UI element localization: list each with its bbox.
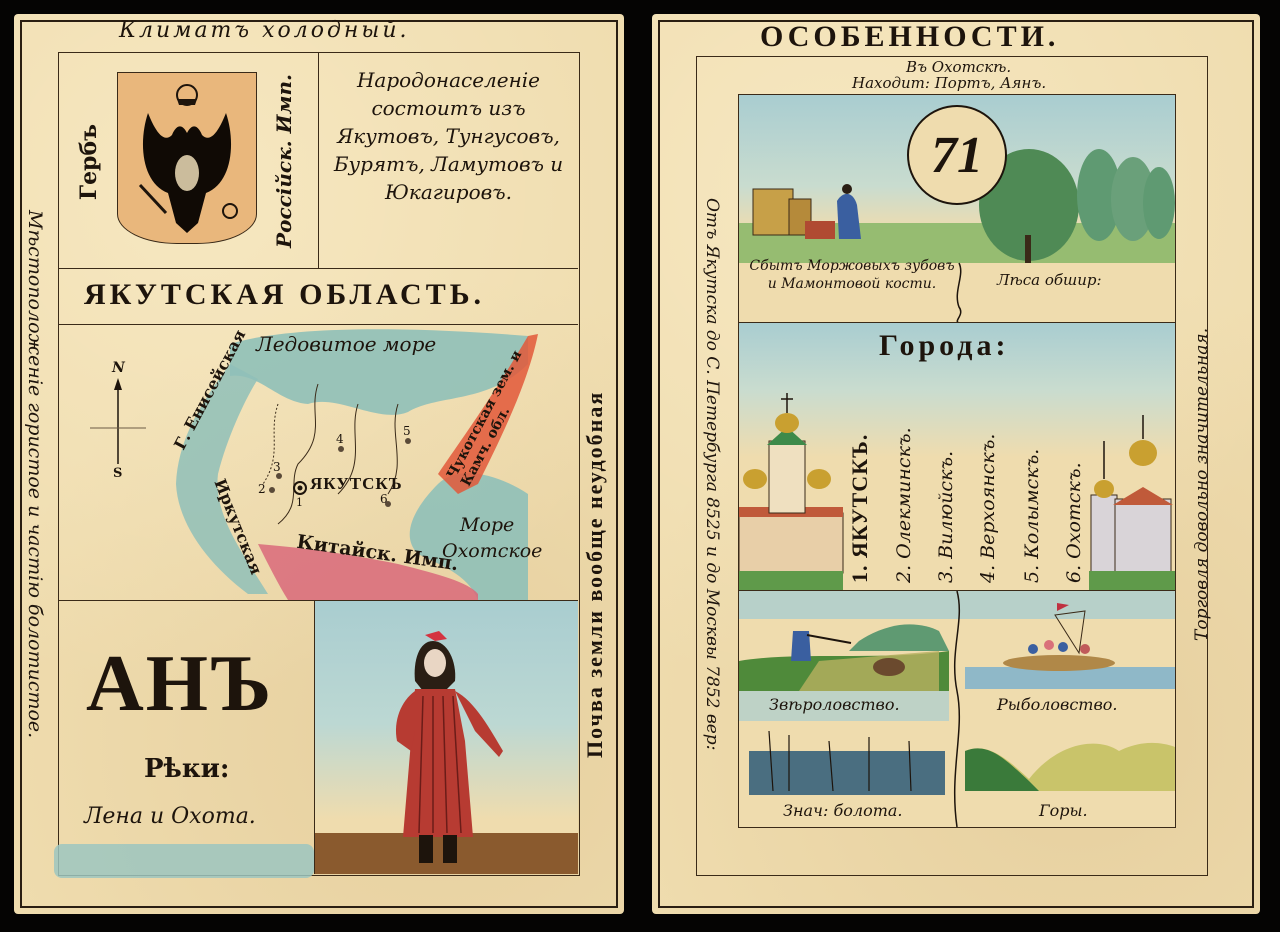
water-wash (54, 844, 314, 878)
okhotsk-sea-label-1: Море (460, 514, 514, 536)
city-2: 2. Олекминскъ. (893, 393, 915, 583)
city-number-4: 4 (336, 432, 344, 446)
climate-title: Климатъ холодный. (119, 18, 410, 43)
title-divider-top (58, 268, 578, 269)
region-title: ЯКУТСКАЯ ОБЛАСТЬ. (84, 278, 485, 312)
city-number-3: 3 (273, 460, 281, 474)
capital-label: ЯКУТСКЪ (310, 474, 403, 494)
arms-label: Гербъ (76, 124, 102, 200)
city-4: 4. Верхоянскъ. (977, 393, 999, 583)
swamp-caption: Знач: болота. (783, 801, 903, 820)
mountains-caption: Горы. (1039, 801, 1088, 820)
church-illustrations (739, 323, 1175, 591)
girl-illustration-icon (315, 601, 578, 874)
city-number-5: 5 (403, 424, 411, 438)
terrain-margin-text: Мѣстоположенiе гористое и частiю болотис… (24, 54, 46, 894)
soil-margin-text: Почва земли вообще неудобная (582, 264, 608, 884)
arms-divider (318, 52, 319, 268)
fishing-caption: Рыболовство. (997, 695, 1118, 714)
trade-scene-panel: 71 Сбытъ Моржовыхъ зубовъ и Мамонтовой к… (738, 94, 1176, 324)
trade-margin-text: Торговля довольно значительная. (1192, 244, 1212, 724)
city-number-6: 6 (380, 492, 388, 506)
city-6: 6. Охотскъ. (1063, 393, 1085, 583)
card-number: 71 (931, 126, 983, 185)
arctic-sea-label: Ледовитое море (256, 332, 436, 356)
forest-caption: Лѣса обшир: (997, 271, 1102, 289)
rivers-text: Лена и Охота. (84, 804, 256, 829)
features-title: ОСОБЕННОСТИ. (760, 20, 1059, 54)
hunting-caption: Звѣроловство. (769, 695, 900, 714)
yakut-girl-figure (315, 601, 578, 874)
scenes-panel: Звѣроловство. Рыболовство. Знач: болота.… (738, 590, 1176, 828)
city-5: 5. Колымскъ. (1021, 393, 1043, 583)
coat-of-arms-shield (117, 72, 257, 244)
right-card-features: ОСОБЕННОСТИ. Въ Охотскѣ. Находит: Портъ,… (652, 14, 1260, 914)
port-subtitle: Находит: Портъ, Аянъ. (852, 74, 1046, 92)
cities-panel: Города: 1. ЯКУТСКЪ. 2. Олекминскъ. 3. Ви… (738, 322, 1176, 592)
city-3: 3. Вилюйскъ. (935, 393, 957, 583)
distance-margin-text: Отъ Якутска до С. Петербурга 8525 и до М… (702, 104, 722, 844)
compass-south: S (113, 466, 122, 481)
city-number-2: 2 (258, 482, 266, 496)
city-1: 1. ЯКУТСКЪ. (847, 393, 873, 583)
card-number-badge: 71 (907, 105, 1007, 205)
trade-caption: Сбытъ Моржовыхъ зубовъ и Мамонтовой кост… (745, 257, 959, 293)
compass-north: N (112, 360, 125, 376)
rivers-label: Рѣки: (144, 754, 230, 784)
left-card-yakutsk-region: Климатъ холодный. Мѣстоположенiе гористо… (14, 14, 624, 914)
population-text: Народонаселенiе состоитъ изъ Якутовъ, Ту… (326, 66, 571, 206)
city-number-1: 1 (296, 496, 303, 509)
double-headed-eagle-icon (118, 73, 256, 243)
region-map: N S Ледовитое море Г. Енисейская Иркутск… (58, 324, 578, 600)
card-letters: АНЪ (86, 639, 273, 730)
arms-empire-label: Россiйск. Имп. (272, 74, 296, 248)
